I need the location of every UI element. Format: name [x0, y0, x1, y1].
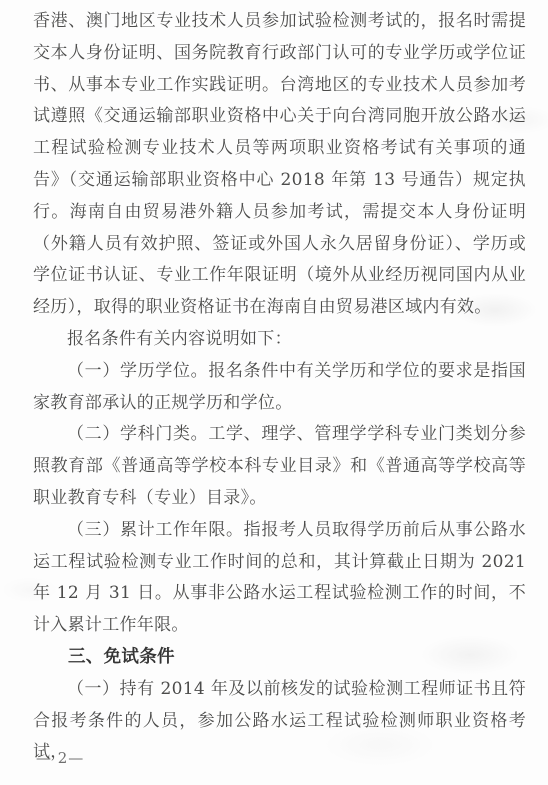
- document-page: 香港、澳门地区专业技术人员参加试验检测考试的，报名时需提交本人身份证明、国务院教…: [0, 0, 548, 785]
- paragraph-item-2: （二）学科门类。工学、理学、管理学学科专业门类划分参照教育部《普通高等学校本科专…: [33, 419, 526, 514]
- page-number: — 2—: [36, 748, 84, 768]
- paragraph-continuation: 香港、澳门地区专业技术人员参加试验检测考试的，报名时需提交本人身份证明、国务院教…: [33, 6, 526, 324]
- paragraph-exemption-1: （一）持有 2014 年及以前核发的试验检测工程师证书且符合报考条件的人员，参加…: [33, 674, 526, 769]
- paragraph-intro: 报名条件有关内容说明如下：: [33, 324, 526, 356]
- document-body: 香港、澳门地区专业技术人员参加试验检测考试的，报名时需提交本人身份证明、国务院教…: [33, 6, 526, 769]
- paragraph-item-3: （三）累计工作年限。指报考人员取得学历前后从事公路水运工程试验检测专业工作时间的…: [33, 515, 526, 642]
- paragraph-item-1: （一）学历学位。报名条件中有关学历和学位的要求是指国家教育部承认的正规学历和学位…: [33, 356, 526, 420]
- section-heading: 三、免试条件: [33, 642, 526, 674]
